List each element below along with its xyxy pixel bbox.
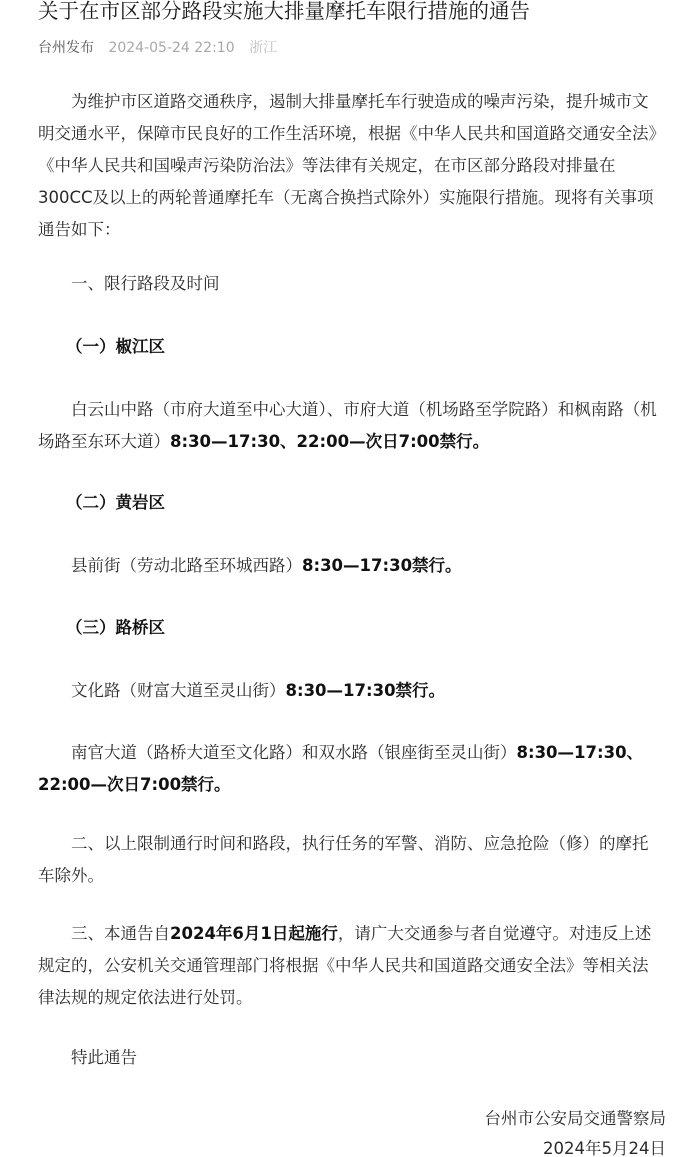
restriction-entry: 文化路（财富大道至灵山街）8:30—17:30禁行。 [38, 675, 658, 707]
restriction-entry: 县前街（劳动北路至环城西路）8:30—17:30禁行。 [38, 550, 658, 582]
roads-text: 南官大道（路桥大道至文化路）和双水路（银座街至灵山街） [71, 743, 517, 762]
restriction-entry: 白云山中路（市府大道至中心大道）、市府大道（机场路至学院路）和枫南路（机场路至东… [38, 394, 658, 458]
intro-paragraph: 为维护市区道路交通秩序，遏制大排量摩托车行驶造成的噪声污染，提升城市文明交通水平… [38, 86, 658, 246]
roads-text: 文化路（财富大道至灵山街） [71, 681, 286, 700]
district-heading-luqiao: （三）路桥区 [66, 612, 686, 644]
district-heading-huangyan: （二）黄岩区 [66, 487, 686, 519]
signature-issuer: 台州市公安局交通警察局 [485, 1105, 667, 1129]
closing-text: 特此通告 [38, 1042, 658, 1074]
times-text: 8:30—17:30、22:00—次日7:00禁行。 [170, 432, 489, 451]
section1-heading: 一、限行路段及时间 [38, 268, 658, 300]
section2-paragraph: 二、以上限制通行时间和路段，执行任务的军警、消防、应急抢险（修）的摩托车除外。 [38, 828, 658, 892]
publish-time: 2024-05-24 22:10 [108, 40, 234, 56]
times-text: 8:30—17:30禁行。 [302, 556, 462, 575]
article-meta: 台州发布 2024-05-24 22:10 浙江 [38, 37, 277, 57]
times-text: 8:30—17:30禁行。 [286, 681, 446, 700]
roads-text: 县前街（劳动北路至环城西路） [71, 556, 302, 575]
source-name[interactable]: 台州发布 [38, 40, 94, 56]
section3-prefix: 三、本通告自 [71, 924, 170, 943]
restriction-entry: 南官大道（路桥大道至文化路）和双水路（银座街至灵山街）8:30—17:30、22… [38, 737, 658, 801]
region-label: 浙江 [249, 40, 277, 56]
district-heading-jiaojiang: （一）椒江区 [66, 331, 686, 363]
article-title: 关于在市区部分路段实施大排量摩托车限行措施的通告 [38, 0, 530, 24]
effective-date: 2024年6月1日起施行 [170, 924, 338, 943]
signature-date: 2024年5月24日 [543, 1135, 666, 1157]
section3-paragraph: 三、本通告自2024年6月1日起施行，请广大交通参与者自觉遵守。对违反上述规定的… [38, 918, 658, 1014]
